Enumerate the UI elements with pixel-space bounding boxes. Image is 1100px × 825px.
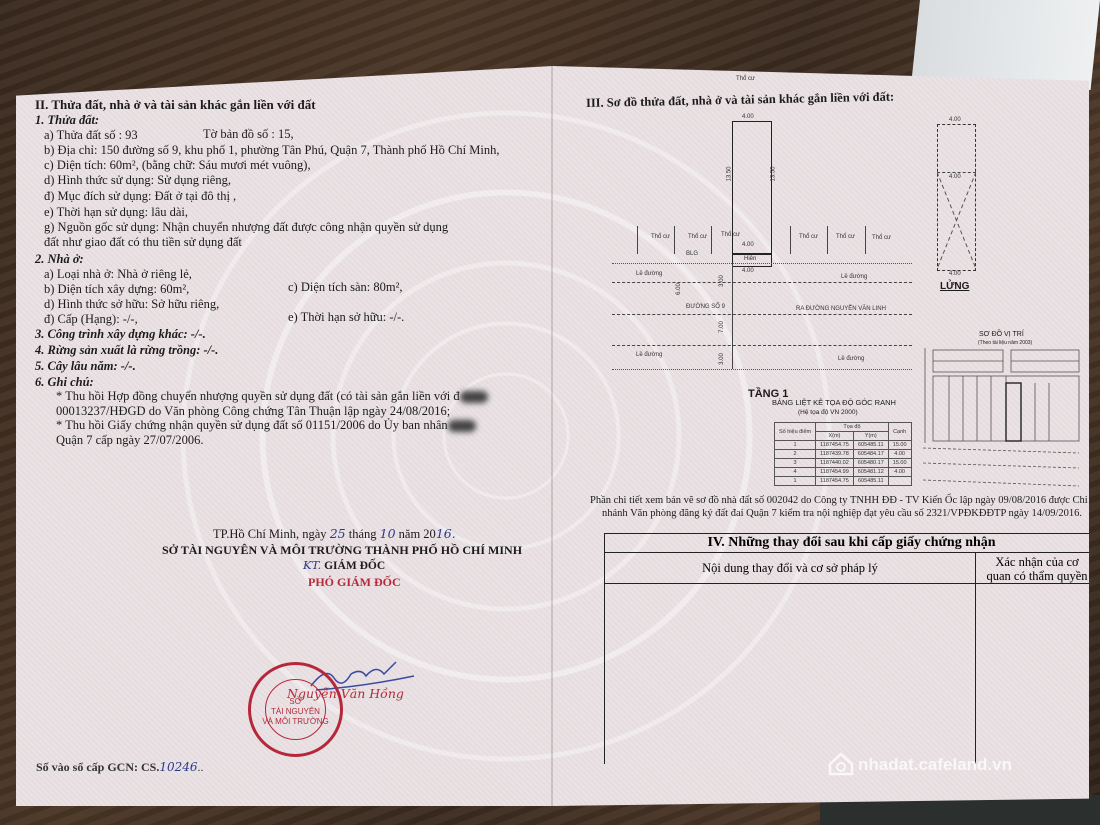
year-label: năm 20 xyxy=(399,527,436,541)
coord-table: Số hiệu điểm Tọa độ Cạnh X(m) Y(m) 11187… xyxy=(774,422,912,486)
width-top: 4.00 xyxy=(742,114,754,120)
mezzanine-label: LỬNG xyxy=(940,282,969,292)
note-line-3: * Thu hồi Giấy chứng nhận quyền sử dụng … xyxy=(56,419,476,432)
house-logo-icon xyxy=(828,752,854,776)
kt-mark: KT. xyxy=(303,558,321,572)
note-line-1-text: * Thu hồi Hợp đồng chuyển nhượng quyền s… xyxy=(56,389,460,403)
cell-point: 3 xyxy=(775,459,816,468)
use-form: d) Hình thức sử dụng: Sử dụng riêng, xyxy=(44,174,231,187)
neighbor-label: Thổ cư xyxy=(872,235,891,241)
detail-note-line-2: nhánh Văn phòng đăng ký đất đai Quận 7 k… xyxy=(602,509,1082,520)
lot-divider xyxy=(637,226,638,254)
cell-edge: 4.00 xyxy=(888,468,911,477)
confirmation-header-line-2: quan có thẩm quyền xyxy=(976,569,1089,583)
cell-x: 1187440.02 xyxy=(816,459,854,468)
cert-book-number: Số vào sổ cấp GCN: CS.10246.. xyxy=(36,761,204,773)
cell-x: 1187454.99 xyxy=(816,468,854,477)
to-street-label: RA ĐƯỜNG NGUYỄN VĂN LINH xyxy=(796,306,886,312)
neighbor-label: Thổ cư xyxy=(799,234,818,240)
changes-content-column: Nội dung thay đổi và cơ sở pháp lý xyxy=(605,553,976,764)
changes-confirmation-column: Xác nhận của cơ quan có thẩm quyền xyxy=(976,553,1089,764)
void-cross xyxy=(937,172,976,269)
land-use-certificate: II. Thửa đất, nhà ở và tài sản khác gắn … xyxy=(16,66,1089,806)
section-ii-title: II. Thửa đất, nhà ở và tài sản khác gắn … xyxy=(35,98,316,111)
table-row: 31187440.02605480.1715.00 xyxy=(775,459,912,468)
detail-note-line-1: Phần chi tiết xem bản vẽ sơ đồ nhà đất s… xyxy=(590,496,1088,507)
house-grade: đ) Cấp (Hạng): -/-, xyxy=(44,313,138,326)
forest: 4. Rừng sản xuất là rừng trồng: -/-. xyxy=(35,344,218,357)
neighbor-label-top: Thổ cư xyxy=(736,76,755,82)
parcel-number: a) Thửa đất số : 93 xyxy=(44,129,138,142)
cell-edge xyxy=(888,477,911,486)
neighbor-label: Thổ cư xyxy=(651,234,670,240)
sign-year: 16. xyxy=(436,526,456,541)
cert-book-value: 10246 xyxy=(159,760,197,774)
cell-x: 1187439.78 xyxy=(816,450,854,459)
dimension-line xyxy=(732,263,733,369)
table-row: 11187454.75605485.1115.00 xyxy=(775,441,912,450)
origin-line-1: g) Nguồn gốc sử dụng: Nhận chuyển nhượng… xyxy=(44,221,448,234)
section-iii-title: III. Sơ đồ thửa đất, nhà ở và tài sản kh… xyxy=(586,91,894,110)
porch-label: Hiên xyxy=(744,256,756,262)
confirmation-header-line-1: Xác nhận của cơ xyxy=(976,555,1089,569)
cell-point: 1 xyxy=(775,477,816,486)
dim-300b: 3.00 xyxy=(719,353,725,365)
changes-table: IV. Những thay đổi sau khi cấp giấy chứn… xyxy=(604,533,1089,764)
coord-header-x: X(m) xyxy=(816,432,854,441)
curb-line xyxy=(612,345,912,346)
note-line-2: 00013237/HĐGD do Văn phòng Công chứng Tâ… xyxy=(56,405,450,418)
official-stamp: SỞTÀI NGUYÊNVÀ MÔI TRƯỜNG xyxy=(248,662,343,757)
cell-y: 605480.17 xyxy=(853,459,888,468)
mezz-dim: 4.00 xyxy=(949,174,961,180)
ownership-form: d) Hình thức sở hữu: Sở hữu riêng, xyxy=(44,298,219,311)
location-map-title: SƠ ĐỒ VỊ TRÍ xyxy=(979,331,1024,338)
ownership-term: e) Thời hạn sở hữu: -/-. xyxy=(288,311,404,324)
location-map-subtitle: (Theo tài liệu năm 2003) xyxy=(978,341,1032,346)
coord-header-coords: Tọa độ xyxy=(816,423,889,432)
road-boundary xyxy=(612,369,912,370)
deputy-title: PHÓ GIÁM ĐỐC xyxy=(308,576,401,588)
cell-y: 605481.12 xyxy=(853,468,888,477)
length-right: 13.50 xyxy=(771,166,777,181)
mezz-dim: 4.00 xyxy=(949,117,961,123)
location-map xyxy=(921,348,1081,498)
sidewalk-label: Lề đường xyxy=(636,352,662,358)
dim-300: 3.00 xyxy=(719,275,725,287)
width-mid: 4.00 xyxy=(742,242,754,248)
signer-name: Nguyễn Văn Hồng xyxy=(287,688,404,701)
sidewalk-label: Lề đường xyxy=(841,274,867,280)
cell-edge: 15.00 xyxy=(888,459,911,468)
note-line-1: * Thu hồi Hợp đồng chuyển nhượng quyền s… xyxy=(56,390,488,403)
table-row: 41187454.99605481.124.00 xyxy=(775,468,912,477)
cert-book-label: Số vào sổ cấp GCN: CS. xyxy=(36,760,159,774)
changes-content-header: Nội dung thay đổi và cơ sở pháp lý xyxy=(605,553,975,584)
cell-x: 1187454.75 xyxy=(816,441,854,450)
director-line: KT. GIÁM ĐỐC xyxy=(303,560,385,573)
mezz-dim: 4.00 xyxy=(949,271,961,277)
other-construction: 3. Công trình xây dựng khác: -/-. xyxy=(35,328,206,341)
length-left: 13.50 xyxy=(727,166,733,181)
curb-line xyxy=(612,282,912,283)
sidewalk-label: Lề đường xyxy=(838,356,864,362)
floor-area: c) Diện tích sàn: 80m², xyxy=(288,281,402,294)
neighbor-label: Thổ cư xyxy=(688,234,707,240)
dim-600: 6.00 xyxy=(676,283,682,295)
street-label: ĐƯỜNG SỐ 9 xyxy=(686,304,725,310)
stair-label: BLG xyxy=(686,251,698,257)
redacted-mark xyxy=(460,391,488,403)
lot-divider xyxy=(865,226,866,254)
road-centerline xyxy=(612,314,912,315)
sidewalk-label: Lề đường xyxy=(636,271,662,277)
table-row: 11187454.75605485.11 xyxy=(775,477,912,486)
month-label: tháng xyxy=(349,527,377,541)
note-line-4: Quận 7 cấp ngày 27/07/2006. xyxy=(56,434,204,447)
watermark-text: nhadat.cafeland.vn xyxy=(858,755,1012,775)
place-date-prefix: TP.Hồ Chí Minh, ngày xyxy=(213,527,327,541)
land-area: c) Diện tích: 60m², (bằng chữ: Sáu mươi … xyxy=(44,159,311,172)
place-date: TP.Hồ Chí Minh, ngày 25 tháng 10 năm 201… xyxy=(213,528,456,541)
perennial-trees: 5. Cây lâu năm: -/-. xyxy=(35,360,136,373)
address: b) Địa chỉ: 150 đường số 9, khu phố 1, p… xyxy=(44,144,499,157)
cell-point: 1 xyxy=(775,441,816,450)
table-row: 21187439.78605484.174.00 xyxy=(775,450,912,459)
director-title: GIÁM ĐỐC xyxy=(324,560,385,572)
cell-y: 605485.11 xyxy=(853,441,888,450)
house-type: a) Loại nhà ở: Nhà ở riêng lẻ, xyxy=(44,268,192,281)
desk-object xyxy=(911,0,1100,90)
use-term: e) Thời hạn sử dụng: lâu dài, xyxy=(44,206,188,219)
cell-y: 605484.17 xyxy=(853,450,888,459)
land-heading: 1. Thửa đất: xyxy=(35,114,99,127)
changes-confirmation-header: Xác nhận của cơ quan có thẩm quyền xyxy=(976,553,1089,584)
lot-divider xyxy=(674,226,675,254)
sign-day: 25 xyxy=(330,526,346,541)
redacted-mark xyxy=(448,420,476,432)
sign-month: 10 xyxy=(380,526,396,541)
page-fold xyxy=(551,66,553,806)
lot-divider xyxy=(827,226,828,254)
neighbor-label: Thổ cư xyxy=(836,234,855,240)
coord-header-edge: Cạnh xyxy=(888,423,911,441)
cell-x: 1187454.75 xyxy=(816,477,854,486)
stamp-text: SỞTÀI NGUYÊNVÀ MÔI TRƯỜNG xyxy=(251,697,340,727)
cell-point: 2 xyxy=(775,450,816,459)
note-line-3-text: * Thu hồi Giấy chứng nhận quyền sử dụng … xyxy=(56,418,448,432)
issuing-agency: SỞ TÀI NGUYÊN VÀ MÔI TRƯỜNG THÀNH PHỐ HỒ… xyxy=(162,544,522,556)
coord-table-subtitle: (Hệ tọa độ VN 2000) xyxy=(798,410,858,417)
use-purpose: đ) Mục đích sử dụng: Đất ở tại đô thị , xyxy=(44,190,236,203)
house-heading: 2. Nhà ở: xyxy=(35,253,84,266)
changes-table-title: IV. Những thay đổi sau khi cấp giấy chứn… xyxy=(605,534,1089,553)
lot-divider xyxy=(711,226,712,254)
neighbor-label: Thổ cư xyxy=(721,232,740,238)
cell-y: 605485.11 xyxy=(853,477,888,486)
coord-header-point: Số hiệu điểm xyxy=(775,423,816,441)
cell-edge: 15.00 xyxy=(888,441,911,450)
build-area: b) Diện tích xây dựng: 60m², xyxy=(44,283,189,296)
lot-boundary xyxy=(612,263,912,264)
map-sheet: Tờ bản đồ số : 15, xyxy=(203,128,294,141)
lot-divider xyxy=(790,226,791,254)
coord-header-y: Y(m) xyxy=(853,432,888,441)
coord-table-title: BẢNG LIỆT KÊ TỌA ĐỘ GÓC RANH xyxy=(772,399,896,407)
cert-book-suffix: .. xyxy=(198,760,204,774)
notes-heading: 6. Ghi chú: xyxy=(35,376,94,389)
cell-point: 4 xyxy=(775,468,816,477)
origin-line-2: đất như giao đất có thu tiền sử dụng đất xyxy=(44,236,242,249)
width-bottom: 4.00 xyxy=(742,268,754,274)
cell-edge: 4.00 xyxy=(888,450,911,459)
dim-700: 7.00 xyxy=(719,321,725,333)
